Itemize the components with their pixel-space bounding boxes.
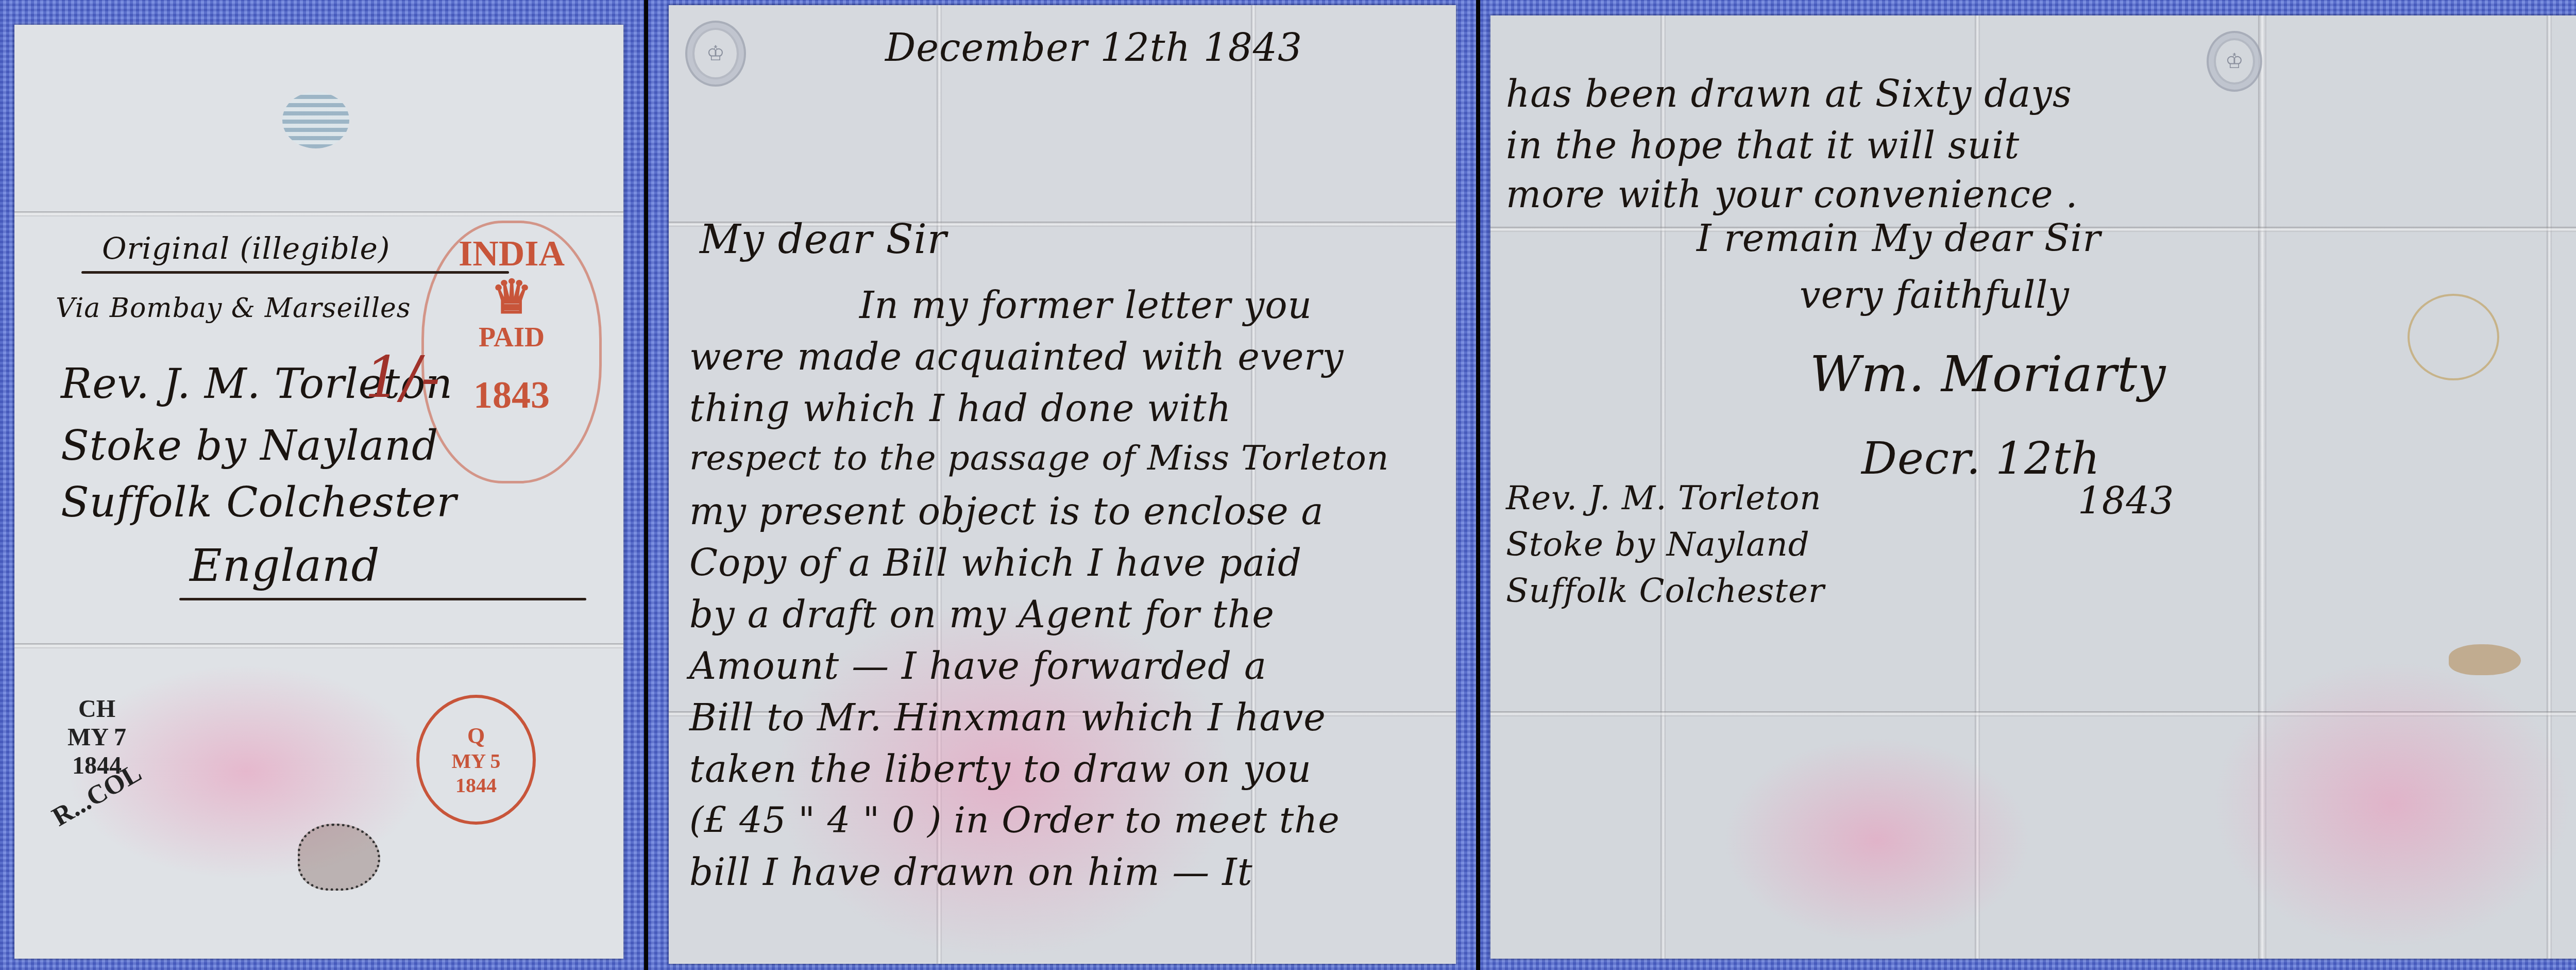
cover-photo-panel: INDIA ♛ PAID 1843 Original (illegible) V… — [0, 0, 644, 970]
datestamp-year: 1844 — [455, 773, 497, 797]
seal-residue — [298, 824, 380, 891]
letter-body-page-1: In my former letter you were made acquai… — [689, 283, 1442, 902]
letter-page-1-panel: ♔ December 12th 1843 My dear Sir In my f… — [648, 0, 1476, 970]
india-paid-crown-postmark: INDIA ♛ PAID 1843 — [421, 221, 602, 483]
body-line: my present object is to enclose a — [689, 490, 1442, 541]
body-line: Copy of a Bill which I have paid — [689, 541, 1442, 593]
offset-circular-postmark — [2408, 294, 2499, 380]
address-line-2: Stoke by Nayland — [61, 422, 438, 470]
cover-route: Via Bombay & Marseilles — [56, 293, 411, 324]
cover-paper: INDIA ♛ PAID 1843 Original (illegible) V… — [14, 25, 623, 959]
crown-icon: ♛ — [424, 275, 599, 321]
body-line: in the hope that it will suit — [1506, 124, 2020, 167]
panel-divider — [1476, 0, 1480, 970]
fold-line — [14, 211, 623, 216]
address-line-4: England — [190, 540, 380, 592]
signed-year: 1843 — [2078, 479, 2174, 523]
body-line: thing which I had done with — [689, 387, 1442, 438]
manuscript-rate-mark: 1/- — [365, 344, 440, 410]
embossed-crown-seal: ♔ — [685, 21, 746, 87]
letter-closing-2: very faithfully — [1800, 273, 2070, 316]
letter-page-1-paper: ♔ December 12th 1843 My dear Sir In my f… — [669, 5, 1456, 964]
letter-page-2-panel: ♔ has been drawn at Sixty days in the ho… — [1480, 0, 2576, 970]
signature: Wm. Moriarty — [1810, 345, 2166, 403]
signed-date: Decr. 12th — [1861, 433, 2100, 484]
datestamp-letter: Q — [467, 723, 485, 749]
recipient-line-2: Stoke by Nayland — [1506, 526, 1810, 564]
body-line: Bill to Mr. Hinxman which I have — [689, 696, 1442, 747]
panel-divider — [644, 0, 648, 970]
recipient-line-1: Rev. J. M. Torleton — [1506, 479, 1822, 517]
red-circular-datestamp: Q MY 5 1844 — [416, 695, 536, 825]
letter-closing: I remain My dear Sir — [1697, 216, 2101, 260]
datestamp-date: MY 5 — [451, 749, 500, 773]
body-line-amount: (£ 45 " 4 " 0 ) in Order to meet the — [689, 799, 1442, 850]
wax-stain — [2449, 644, 2521, 675]
body-line: by a draft on my Agent for the — [689, 593, 1442, 644]
letter-page-2-paper: ♔ has been drawn at Sixty days in the ho… — [1490, 15, 2576, 959]
cover-endorsement: Original (illegible) — [102, 231, 390, 266]
body-line: taken the liberty to draw on you — [689, 747, 1442, 799]
letter-date: December 12th 1843 — [885, 26, 1302, 70]
address-underline — [179, 598, 586, 600]
recipient-line-3: Suffolk Colchester — [1506, 572, 1825, 610]
datestamp-top: CH — [25, 695, 169, 723]
embossed-crown-seal: ♔ — [2207, 31, 2262, 92]
letter-salutation: My dear Sir — [700, 216, 947, 263]
pink-stain — [2212, 660, 2572, 948]
address-line-3: Suffolk Colchester — [61, 478, 457, 526]
body-line: has been drawn at Sixty days — [1506, 72, 2072, 115]
wax-seal-impression — [282, 92, 349, 148]
body-line: respect to the passage of Miss Torleton — [689, 438, 1442, 490]
body-line: bill I have drawn on him — It — [689, 850, 1442, 902]
body-line: more with your convenience . — [1506, 173, 2078, 216]
fold-line — [14, 643, 623, 648]
black-circular-datestamp: CH MY 7 1844 R...COL — [25, 695, 169, 849]
body-line: In my former letter you — [859, 283, 1476, 335]
body-line: Amount — I have forwarded a — [689, 644, 1442, 696]
postmark-paid-text: PAID — [424, 321, 599, 353]
postmark-india-text: INDIA — [424, 233, 599, 275]
body-line: were made acquainted with every — [689, 335, 1442, 387]
pink-stain — [1722, 737, 2031, 943]
datestamp-middle: MY 7 — [25, 723, 169, 751]
endorsement-underline — [81, 271, 509, 274]
